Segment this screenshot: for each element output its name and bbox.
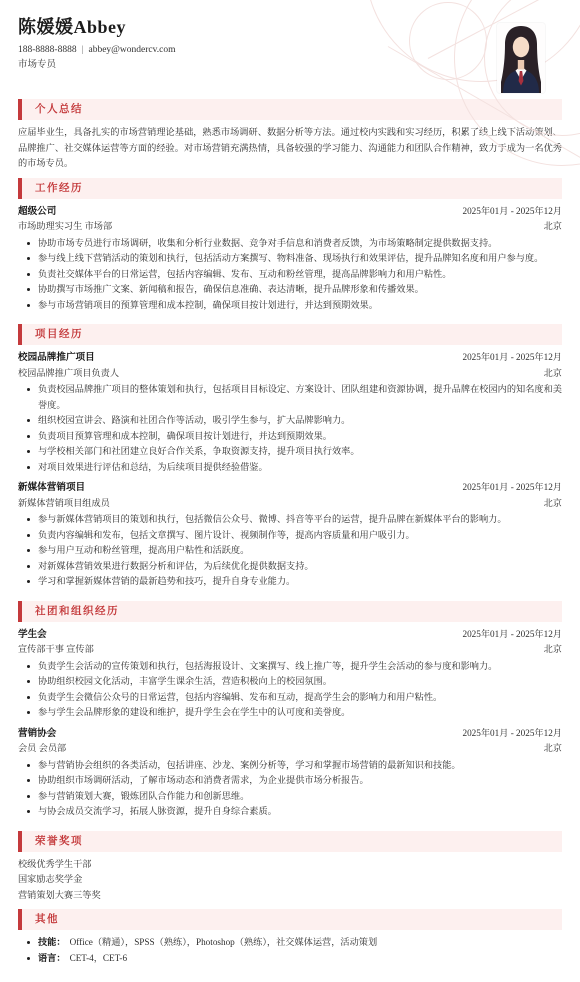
bullet-item: 参与营销策划大赛，锻炼团队合作能力和创新思维。 bbox=[18, 789, 562, 805]
bullet-item: 参与新媒体营销项目的策划和执行，包括微信公众号、微博、抖音等平台的运营，提升品牌… bbox=[18, 512, 562, 528]
other-item-label: 语言： bbox=[38, 953, 66, 963]
entry-org: 新媒体营销项目 bbox=[18, 480, 85, 496]
bullet-dot bbox=[27, 580, 30, 583]
section-honors: 荣誉奖项 校级优秀学生干部 国家励志奖学金 营销策划大赛三等奖 bbox=[18, 831, 562, 910]
section-summary: 个人总结 应届毕业生，具备扎实的市场营销理论基础，熟悉市场调研、数据分析等方法。… bbox=[18, 99, 562, 178]
organization-entry: 营销协会 2025年01月 - 2025年12月 会员 会员部 北京 参与营销协… bbox=[18, 726, 562, 820]
honor-item: 国家励志奖学金 bbox=[18, 872, 562, 888]
bullet-dot bbox=[27, 534, 30, 537]
entry-role: 会员 会员部 bbox=[18, 741, 66, 756]
entry-date: 2025年01月 - 2025年12月 bbox=[462, 480, 562, 496]
resume-content: 陈媛媛Abbey 188-8888-8888|abbey@wondercv.co… bbox=[0, 0, 580, 966]
bullet-text: 参与市场营销项目的预算管理和成本控制，确保项目按计划进行，并达到预期效果。 bbox=[38, 300, 378, 310]
contact-line: 188-8888-8888|abbey@wondercv.com bbox=[18, 44, 562, 56]
section-accent-bar bbox=[18, 831, 22, 852]
profile-photo bbox=[497, 23, 545, 93]
spacer bbox=[18, 71, 562, 99]
bullet-dot bbox=[27, 435, 30, 438]
bullet-dot bbox=[27, 518, 30, 521]
bullet-text: 负责内容编辑和发布，包括文章撰写、图片设计、视频制作等，提高内容质量和用户吸引力… bbox=[38, 530, 415, 540]
bullet-text: 参与用户互动和粉丝管理，提高用户粘性和活跃度。 bbox=[38, 545, 249, 555]
bullet-dot bbox=[27, 680, 30, 683]
bullet-dot bbox=[27, 242, 30, 245]
entry-bullets: 协助市场专员进行市场调研，收集和分析行业数据、竞争对手信息和消费者反馈，为市场策… bbox=[18, 236, 562, 314]
section-organizations: 社团和组织经历 学生会 2025年01月 - 2025年12月 宣传部干事 宣传… bbox=[18, 601, 562, 831]
bullet-item: 参与营销协会组织的各类活动，包括讲座、沙龙、案例分析等，学习和掌握市场营销的最新… bbox=[18, 758, 562, 774]
bullet-item: 负责社交媒体平台的日常运营，包括内容编辑、发布、互动和粉丝管理，提高品牌影响力和… bbox=[18, 267, 562, 283]
entry-role: 校园品牌推广项目负责人 bbox=[18, 366, 119, 381]
entry-header-row: 校园品牌推广项目 2025年01月 - 2025年12月 bbox=[18, 350, 562, 366]
bullet-text: 协助撰写市场推广文案、新闻稿和报告，确保信息准确、表达清晰，提升品牌形象和传播效… bbox=[38, 284, 424, 294]
entry-role: 新媒体营销项目组成员 bbox=[18, 496, 110, 511]
bullet-item: 学习和掌握新媒体营销的最新趋势和技巧，提升自身专业能力。 bbox=[18, 574, 562, 590]
bullet-item: 对新媒体营销效果进行数据分析和评估，为后续优化提供数据支持。 bbox=[18, 559, 562, 575]
bullet-dot bbox=[27, 466, 30, 469]
bullet-item: 负责学生会活动的宣传策划和执行，包括海报设计、文案撰写、线上推广等，提升学生会活… bbox=[18, 659, 562, 675]
entry-location: 北京 bbox=[544, 642, 562, 657]
entry-bullets: 参与营销协会组织的各类活动，包括讲座、沙龙、案例分析等，学习和掌握市场营销的最新… bbox=[18, 758, 562, 820]
entry-subheader-row: 市场助理实习生 市场部 北京 bbox=[18, 219, 562, 234]
organization-entry: 学生会 2025年01月 - 2025年12月 宣传部干事 宣传部 北京 负责学… bbox=[18, 627, 562, 721]
bullet-dot bbox=[27, 450, 30, 453]
bullet-item: 协助组织市场调研活动，了解市场动态和消费者需求，为企业提供市场分析报告。 bbox=[18, 773, 562, 789]
portrait-illustration bbox=[497, 23, 545, 93]
section-title: 项目经历 bbox=[35, 324, 83, 345]
section-accent-bar bbox=[18, 324, 22, 345]
bullet-dot bbox=[27, 549, 30, 552]
entry-header-row: 学生会 2025年01月 - 2025年12月 bbox=[18, 627, 562, 643]
entry-org: 校园品牌推广项目 bbox=[18, 350, 95, 366]
bullet-dot bbox=[27, 957, 30, 960]
bullet-text: 参与新媒体营销项目的策划和执行，包括微信公众号、微博、抖音等平台的运营，提升品牌… bbox=[38, 514, 507, 524]
bullet-text: 协助市场专员进行市场调研，收集和分析行业数据、竞争对手信息和消费者反馈，为市场策… bbox=[38, 238, 497, 248]
bullet-item: 协助市场专员进行市场调研，收集和分析行业数据、竞争对手信息和消费者反馈，为市场策… bbox=[18, 236, 562, 252]
resume-page: 陈媛媛Abbey 188-8888-8888|abbey@wondercv.co… bbox=[0, 0, 580, 982]
bullet-text: 组织校园宣讲会、路演和社团合作等活动，吸引学生参与，扩大品牌影响力。 bbox=[38, 415, 350, 425]
section-header: 其他 bbox=[18, 909, 562, 930]
entry-header-row: 超级公司 2025年01月 - 2025年12月 bbox=[18, 204, 562, 220]
section-header: 社团和组织经历 bbox=[18, 601, 562, 622]
bullet-item: 负责内容编辑和发布，包括文章撰写、图片设计、视频制作等，提高内容质量和用户吸引力… bbox=[18, 528, 562, 544]
bullet-text: 与学校相关部门和社团建立良好合作关系，争取资源支持，提升项目执行效率。 bbox=[38, 446, 360, 456]
job-title: 市场专员 bbox=[18, 59, 562, 71]
section-title: 工作经历 bbox=[35, 178, 83, 199]
entry-date: 2025年01月 - 2025年12月 bbox=[462, 627, 562, 643]
entry-bullets: 负责学生会活动的宣传策划和执行，包括海报设计、文案撰写、线上推广等，提升学生会活… bbox=[18, 659, 562, 721]
bullet-dot bbox=[27, 565, 30, 568]
bullet-item: 负责校园品牌推广项目的整体策划和执行，包括项目目标设定、方案设计、团队组建和资源… bbox=[18, 382, 562, 413]
bullet-item: 协助撰写市场推广文案、新闻稿和报告，确保信息准确、表达清晰，提升品牌形象和传播效… bbox=[18, 282, 562, 298]
bullet-dot bbox=[27, 257, 30, 260]
bullet-text: 负责项目预算管理和成本控制，确保项目按计划进行，并达到预期效果。 bbox=[38, 431, 332, 441]
bullet-item: 组织校园宣讲会、路演和社团合作等活动，吸引学生参与，扩大品牌影响力。 bbox=[18, 413, 562, 429]
entry-bullets: 负责校园品牌推广项目的整体策划和执行，包括项目目标设定、方案设计、团队组建和资源… bbox=[18, 382, 562, 475]
email-address: abbey@wondercv.com bbox=[88, 45, 175, 55]
bullet-dot bbox=[27, 273, 30, 276]
entry-bullets: 参与新媒体营销项目的策划和执行，包括微信公众号、微博、抖音等平台的运营，提升品牌… bbox=[18, 512, 562, 590]
work-entry: 超级公司 2025年01月 - 2025年12月 市场助理实习生 市场部 北京 … bbox=[18, 204, 562, 314]
bullet-dot bbox=[27, 388, 30, 391]
section-title: 个人总结 bbox=[35, 99, 83, 120]
contact-separator: | bbox=[82, 45, 84, 55]
bullet-item: 语言：CET-4，CET-6 bbox=[18, 951, 562, 967]
bullet-text: 学习和掌握新媒体营销的最新趋势和技巧，提升自身专业能力。 bbox=[38, 576, 295, 586]
bullet-item: 负责学生会微信公众号的日常运营，包括内容编辑、发布和互动，提高学生会的影响力和用… bbox=[18, 690, 562, 706]
candidate-name: 陈媛媛Abbey bbox=[18, 0, 562, 39]
bullet-text: 参与学生会品牌形象的建设和维护，提升学生会在学生中的认可度和美誉度。 bbox=[38, 707, 350, 717]
entry-location: 北京 bbox=[544, 741, 562, 756]
bullet-item: 参与市场营销项目的预算管理和成本控制，确保项目按计划进行，并达到预期效果。 bbox=[18, 298, 562, 314]
bullet-dot bbox=[27, 810, 30, 813]
section-title: 荣誉奖项 bbox=[35, 831, 83, 852]
section-header: 项目经历 bbox=[18, 324, 562, 345]
bullet-item: 参与学生会品牌形象的建设和维护，提升学生会在学生中的认可度和美誉度。 bbox=[18, 705, 562, 721]
entry-location: 北京 bbox=[544, 496, 562, 511]
entry-subheader-row: 宣传部干事 宣传部 北京 bbox=[18, 642, 562, 657]
entry-subheader-row: 会员 会员部 北京 bbox=[18, 741, 562, 756]
bullet-item: 与协会成员交流学习，拓展人脉资源，提升自身综合素质。 bbox=[18, 804, 562, 820]
bullet-text: 负责学生会活动的宣传策划和执行，包括海报设计、文案撰写、线上推广等，提升学生会活… bbox=[38, 661, 497, 671]
bullet-text: 负责学生会微信公众号的日常运营，包括内容编辑、发布和互动，提高学生会的影响力和用… bbox=[38, 692, 442, 702]
bullet-text: 负责校园品牌推广项目的整体策划和执行，包括项目目标设定、方案设计、团队组建和资源… bbox=[38, 384, 562, 410]
honor-item: 校级优秀学生干部 bbox=[18, 857, 562, 873]
other-item-label: 技能： bbox=[38, 937, 66, 947]
bullet-text: 参与营销协会组织的各类活动，包括讲座、沙龙、案例分析等，学习和掌握市场营销的最新… bbox=[38, 760, 461, 770]
entry-date: 2025年01月 - 2025年12月 bbox=[462, 726, 562, 742]
bullet-dot bbox=[27, 419, 30, 422]
entry-org: 学生会 bbox=[18, 627, 47, 643]
bullet-item: 与学校相关部门和社团建立良好合作关系，争取资源支持，提升项目执行效率。 bbox=[18, 444, 562, 460]
bullet-dot bbox=[27, 711, 30, 714]
other-bullets: 技能：Office（精通），SPSS（熟练），Photoshop（熟练），社交媒… bbox=[18, 935, 562, 966]
honor-item: 营销策划大赛三等奖 bbox=[18, 888, 562, 904]
section-title: 社团和组织经历 bbox=[35, 601, 119, 622]
bullet-dot bbox=[27, 795, 30, 798]
bullet-text: 负责社交媒体平台的日常运营，包括内容编辑、发布、互动和粉丝管理，提高品牌影响力和… bbox=[38, 269, 451, 279]
bullet-dot bbox=[27, 779, 30, 782]
bullet-item: 对项目效果进行评估和总结，为后续项目提供经验借鉴。 bbox=[18, 460, 562, 476]
bullet-text: 对项目效果进行评估和总结，为后续项目提供经验借鉴。 bbox=[38, 462, 268, 472]
bullet-item: 参与线上线下营销活动的策划和执行，包括活动方案撰写、物料准备、现场执行和效果评估… bbox=[18, 251, 562, 267]
project-entry: 新媒体营销项目 2025年01月 - 2025年12月 新媒体营销项目组成员 北… bbox=[18, 480, 562, 590]
section-accent-bar bbox=[18, 601, 22, 622]
bullet-item: 技能：Office（精通），SPSS（熟练），Photoshop（熟练），社交媒… bbox=[18, 935, 562, 951]
bullet-text: 参与营销策划大赛，锻炼团队合作能力和创新思维。 bbox=[38, 791, 249, 801]
bullet-text: 与协会成员交流学习，拓展人脉资源，提升自身综合素质。 bbox=[38, 806, 277, 816]
summary-text: 应届毕业生，具备扎实的市场营销理论基础，熟悉市场调研、数据分析等方法。通过校内实… bbox=[18, 125, 562, 172]
entry-role: 市场助理实习生 市场部 bbox=[18, 219, 112, 234]
other-item-text: Office（精通），SPSS（熟练），Photoshop（熟练），社交媒体运营… bbox=[70, 937, 378, 947]
bullet-text: 对新媒体营销效果进行数据分析和评估，为后续优化提供数据支持。 bbox=[38, 561, 314, 571]
bullet-dot bbox=[27, 288, 30, 291]
entry-subheader-row: 校园品牌推广项目负责人 北京 bbox=[18, 366, 562, 381]
bullet-dot bbox=[27, 764, 30, 767]
entry-date: 2025年01月 - 2025年12月 bbox=[462, 204, 562, 220]
bullet-dot bbox=[27, 665, 30, 668]
bullet-item: 协助组织校园文化活动，丰富学生课余生活，营造积极向上的校园氛围。 bbox=[18, 674, 562, 690]
section-accent-bar bbox=[18, 909, 22, 930]
bullet-dot bbox=[27, 696, 30, 699]
entry-subheader-row: 新媒体营销项目组成员 北京 bbox=[18, 496, 562, 511]
entry-header-row: 新媒体营销项目 2025年01月 - 2025年12月 bbox=[18, 480, 562, 496]
entry-location: 北京 bbox=[544, 219, 562, 234]
bullet-text: 协助组织校园文化活动，丰富学生课余生活，营造积极向上的校园氛围。 bbox=[38, 676, 332, 686]
section-header: 个人总结 bbox=[18, 99, 562, 120]
phone-number: 188-8888-8888 bbox=[18, 45, 77, 55]
bullet-dot bbox=[27, 941, 30, 944]
entry-role: 宣传部干事 宣传部 bbox=[18, 642, 94, 657]
section-work: 工作经历 超级公司 2025年01月 - 2025年12月 市场助理实习生 市场… bbox=[18, 178, 562, 325]
entry-date: 2025年01月 - 2025年12月 bbox=[462, 350, 562, 366]
section-other: 其他 技能：Office（精通），SPSS（熟练），Photoshop（熟练），… bbox=[18, 909, 562, 966]
bullet-text: 协助组织市场调研活动，了解市场动态和消费者需求，为企业提供市场分析报告。 bbox=[38, 775, 369, 785]
section-header: 荣誉奖项 bbox=[18, 831, 562, 852]
bullet-text: 参与线上线下营销活动的策划和执行，包括活动方案撰写、物料准备、现场执行和效果评估… bbox=[38, 253, 543, 263]
entry-location: 北京 bbox=[544, 366, 562, 381]
entry-org: 超级公司 bbox=[18, 204, 56, 220]
section-header: 工作经历 bbox=[18, 178, 562, 199]
other-item-text: CET-4，CET-6 bbox=[70, 953, 128, 963]
bullet-dot bbox=[27, 304, 30, 307]
bullet-item: 负责项目预算管理和成本控制，确保项目按计划进行，并达到预期效果。 bbox=[18, 429, 562, 445]
section-accent-bar bbox=[18, 99, 22, 120]
bullet-item: 参与用户互动和粉丝管理，提高用户粘性和活跃度。 bbox=[18, 543, 562, 559]
entry-org: 营销协会 bbox=[18, 726, 56, 742]
section-title: 其他 bbox=[35, 909, 59, 930]
section-projects: 项目经历 校园品牌推广项目 2025年01月 - 2025年12月 校园品牌推广… bbox=[18, 324, 562, 601]
section-accent-bar bbox=[18, 178, 22, 199]
entry-header-row: 营销协会 2025年01月 - 2025年12月 bbox=[18, 726, 562, 742]
project-entry: 校园品牌推广项目 2025年01月 - 2025年12月 校园品牌推广项目负责人… bbox=[18, 350, 562, 475]
